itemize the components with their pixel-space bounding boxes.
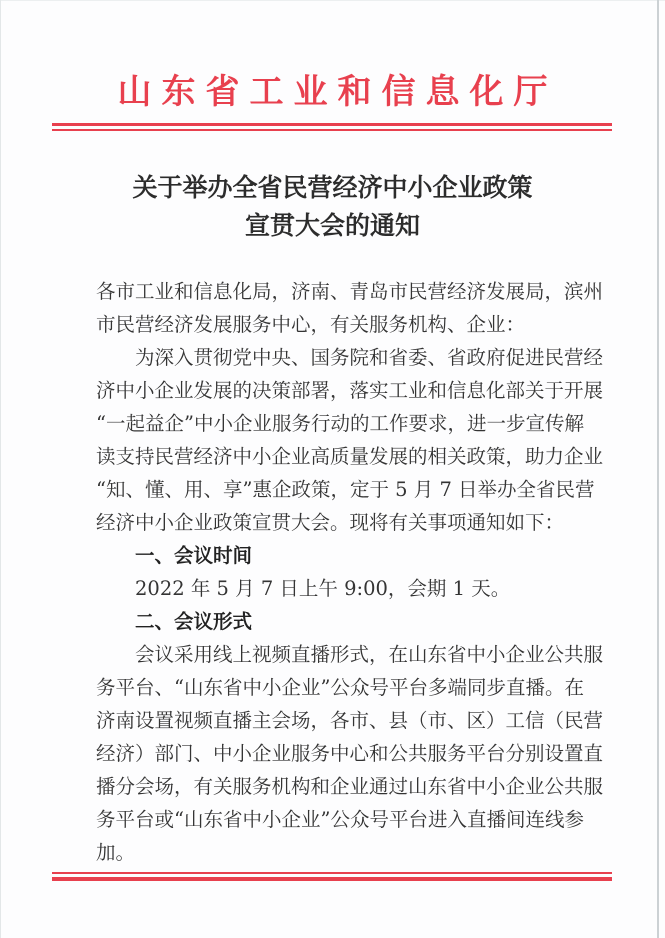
text-line: 市民营经济发展服务中心，有关服务机构、企业：	[96, 308, 605, 341]
text-line: 经济中小企业政策宣贯大会。现将有关事项通知如下：	[96, 506, 605, 539]
text-line: 2022 年 5 月 7 日上午 9:00，会期 1 天。	[96, 572, 605, 605]
footer-double-rule	[52, 872, 612, 881]
text-line: 读支持民营经济中小企业高质量发展的相关政策，助力企业	[96, 440, 605, 473]
text-line: 各市工业和信息化局，济南、青岛市民营经济发展局，滨州	[96, 275, 605, 308]
text-line: 务平台或“山东省中小企业”公众号平台进入直播间连线参	[96, 803, 605, 836]
scan-edge-right	[657, 0, 659, 938]
scan-edge-left	[0, 0, 1, 938]
text-line: 会议采用线上视频直播形式，在山东省中小企业公共服	[96, 638, 605, 671]
salutation-paragraph: 各市工业和信息化局，济南、青岛市民营经济发展局，滨州市民营经济发展服务中心，有关…	[96, 275, 605, 341]
scanned-notice-page: 山东省工业和信息化厅 关于举办全省民营经济中小企业政策 宣贯大会的通知 各市工业…	[0, 0, 665, 938]
text-line: “知、懂、用、享”惠企政策，定于 5 月 7 日举办全省民营	[96, 473, 605, 506]
text-line: 播分会场，有关服务机构和企业通过山东省中小企业公共服	[96, 770, 605, 803]
scan-edge-top	[0, 0, 665, 1]
intro-paragraph: 为深入贯彻党中央、国务院和省委、省政府促进民营经济中小企业发展的决策部署，落实工…	[96, 341, 605, 539]
section-heading-meeting-format: 二、会议形式	[96, 605, 605, 638]
text-line: 经济）部门、中小企业服务中心和公共服务平台分别设置直	[96, 737, 605, 770]
document-title-line1: 关于举办全省民营经济中小企业政策	[0, 169, 665, 207]
text-line: 为深入贯彻党中央、国务院和省委、省政府促进民营经	[96, 341, 605, 374]
text-line: 济南设置视频直播主会场，各市、县（市、区）工信（民营	[96, 704, 605, 737]
text-line: “一起益企”中小企业服务行动的工作要求，进一步宣传解	[96, 407, 605, 440]
document-title-line2: 宣贯大会的通知	[0, 207, 665, 245]
text-line: 加。	[96, 836, 605, 869]
section-heading-meeting-time: 一、会议时间	[96, 539, 605, 572]
document-body: 各市工业和信息化局，济南、青岛市民营经济发展局，滨州市民营经济发展服务中心，有关…	[96, 275, 605, 869]
text-line: 务平台、“山东省中小企业”公众号平台多端同步直播。在	[96, 671, 605, 704]
meeting-format-paragraph: 会议采用线上视频直播形式，在山东省中小企业公共服务平台、“山东省中小企业”公众号…	[96, 638, 605, 869]
letterhead-double-rule	[52, 123, 612, 131]
letterhead-title: 山东省工业和信息化厅	[0, 69, 665, 115]
meeting-time-paragraph: 2022 年 5 月 7 日上午 9:00，会期 1 天。	[96, 572, 605, 605]
text-line: 济中小企业发展的决策部署，落实工业和信息化部关于开展	[96, 374, 605, 407]
document-title: 关于举办全省民营经济中小企业政策 宣贯大会的通知	[0, 169, 665, 245]
